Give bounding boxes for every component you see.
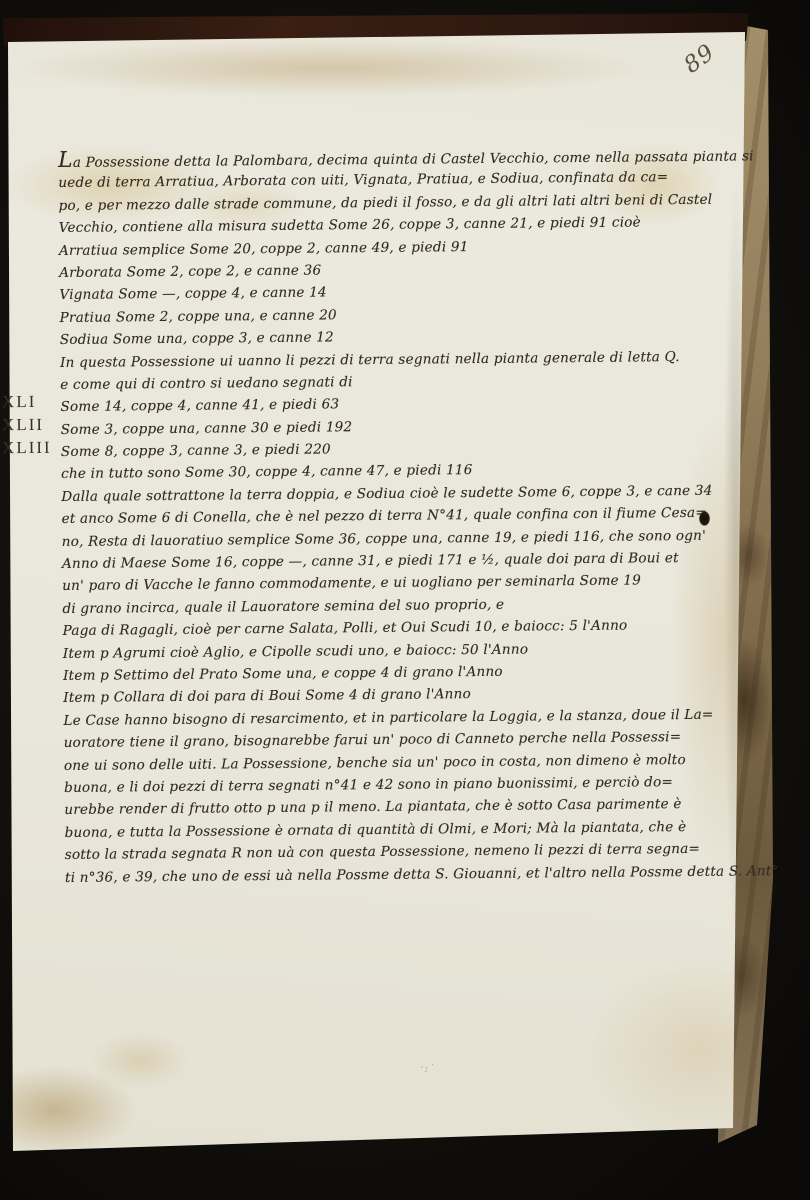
ink-blot bbox=[699, 511, 710, 526]
faint-ink-mark: ·:˙ bbox=[419, 1061, 436, 1076]
margin-label-xliii: XLIII bbox=[2, 438, 60, 459]
manuscript-photo: 89 XLI XLII XLIII La Possessione detta l… bbox=[0, 0, 810, 1200]
margin-label-xlii: XLII bbox=[2, 415, 60, 436]
margin-label-xli: XLI bbox=[2, 392, 60, 413]
manuscript-text-block: La Possessione detta la Palombara, decim… bbox=[58, 143, 765, 889]
